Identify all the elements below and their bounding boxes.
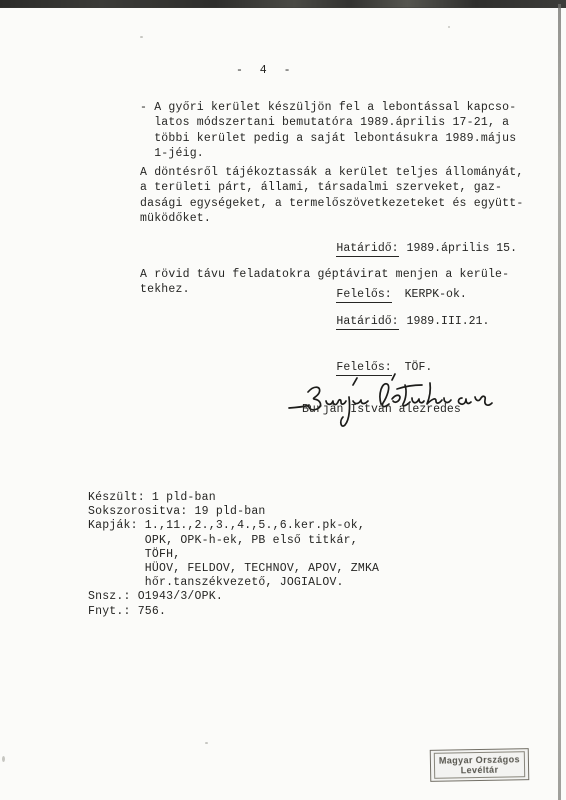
signer-typed-name: Burján István alezredes <box>302 403 461 416</box>
scan-line-right <box>558 4 561 800</box>
paragraph-geptavirat: A rövid távu feladatokra géptávirat menj… <box>140 267 509 298</box>
signature-block: Burján István alezredes <box>283 370 498 430</box>
stamp-line1: Magyar Országos <box>439 754 520 766</box>
scan-speck <box>140 36 143 38</box>
paragraph-gyori-kerulet: - A győri kerület készüljön fel a lebont… <box>140 100 516 161</box>
scan-speck <box>2 756 5 762</box>
stamp-line2: Levéltár <box>461 765 499 776</box>
scan-speck <box>205 742 208 744</box>
deadline-value: 1989.április 15. <box>407 242 517 255</box>
scan-speck <box>448 26 450 28</box>
distribution-admin-block: Készült: 1 pld-ban Sokszorositva: 19 pld… <box>88 491 379 619</box>
handwritten-signature-icon <box>283 370 498 430</box>
deadline-label: Határidő: <box>336 315 398 330</box>
page-number: - 4 - <box>236 64 296 77</box>
paragraph-dontesrol: A döntésről tájékoztassák a kerület telj… <box>140 165 523 226</box>
archive-stamp-inner: Magyar Országos Levéltár <box>434 751 525 779</box>
deadline-value: 1989.III.21. <box>407 315 490 328</box>
archive-stamp: Magyar Országos Levéltár <box>430 748 530 782</box>
deadline-row: Határidő:1989.április 15. <box>295 229 517 268</box>
deadline-row: Határidő:1989.III.21. <box>295 302 489 341</box>
scan-edge-top <box>0 0 566 8</box>
scanned-document-page: - 4 - - A győri kerület készüljön fel a … <box>0 0 566 800</box>
deadline-label: Határidő: <box>336 242 398 257</box>
